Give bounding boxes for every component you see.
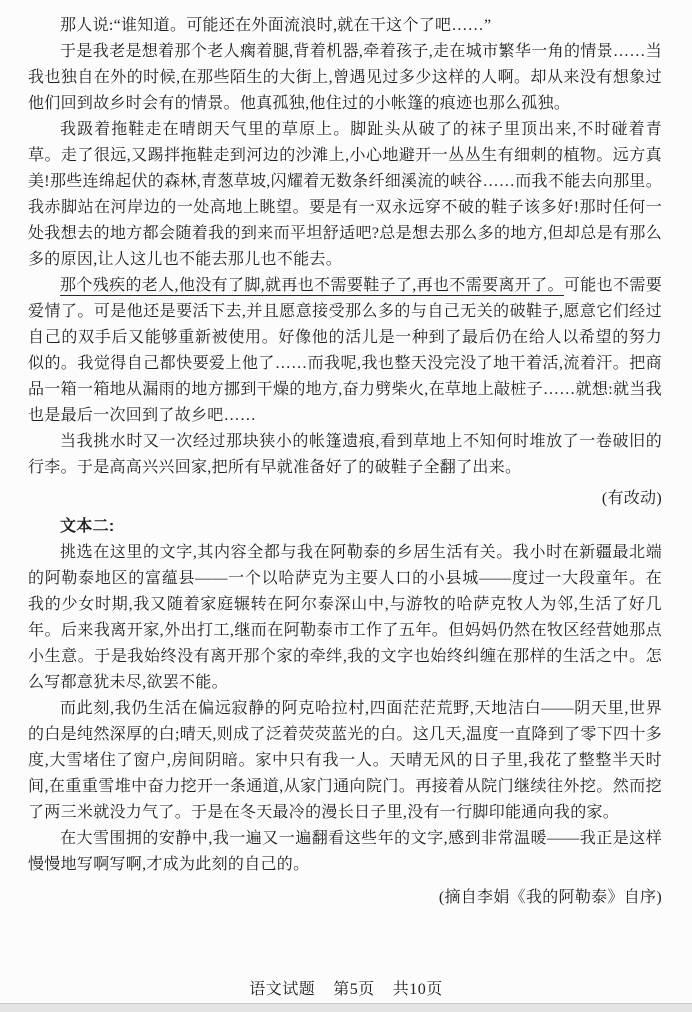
edit-note: (有改动) [28, 486, 662, 512]
paragraph-return: 当我挑水时又一次经过那块狭小的帐篷遗痕,看到草地上不知何时堆放了一卷破旧的行李。… [28, 429, 662, 481]
paragraph-grassland: 我趿着拖鞋走在晴朗天气里的草原上。脚趾头从破了的袜子里顶出来,不时碰着青草。走了… [28, 117, 662, 273]
page-number: 第5页 [333, 981, 375, 998]
scan-bottom-edge [0, 1003, 692, 1012]
exam-page: 那人说:“谁知道。可能还在外面流浪时,就在干这个了吧……” 于是我老是想着那个老… [0, 0, 692, 1012]
underlined-sentence: 那个残疾的老人,他没有了脚,就再也不需要鞋子了,再也不需要离开了。 [60, 277, 564, 296]
text-two-heading: 文本二: [28, 514, 662, 540]
paragraph-snow-reading: 在大雪围拥的安静中,我一遍又一遍翻看这些年的文字,感到非常温暖——我正是这样慢慢… [28, 826, 662, 878]
paragraph-memory: 于是我老是想着那个老人瘸着腿,背着机器,牵着孩子,走在城市繁华一角的情景……当我… [28, 39, 662, 117]
paragraph-old-man: 那个残疾的老人,他没有了脚,就再也不需要鞋子了,再也不需要离开了。可能也不需要爱… [28, 273, 662, 429]
total-pages: 共10页 [393, 981, 443, 998]
paragraph-old-man-rest: 可能也不需要爱情了。可是他还是要活下去,并且愿意接受那么多的与自己无关的破鞋子,… [28, 277, 662, 424]
source-attribution: (摘自李娟《我的阿勒泰》自序) [28, 885, 662, 911]
paragraph-dialogue: 那人说:“谁知道。可能还在外面流浪时,就在干这个了吧……” [28, 13, 662, 39]
paragraph-winter-village: 而此刻,我仍生活在偏远寂静的阿克哈拉村,四面茫茫荒野,天地洁白——阴天里,世界的… [28, 696, 662, 826]
paragraph-altay-intro: 挑选在这里的文字,其内容全都与我在阿勒泰的乡居生活有关。我小时在新疆最北端的阿勒… [28, 540, 662, 696]
content-area: 那人说:“谁知道。可能还在外面流浪时,就在干这个了吧……” 于是我老是想着那个老… [0, 0, 692, 911]
page-footer: 语文试题第5页共10页 [0, 976, 692, 999]
exam-title: 语文试题 [249, 981, 315, 998]
